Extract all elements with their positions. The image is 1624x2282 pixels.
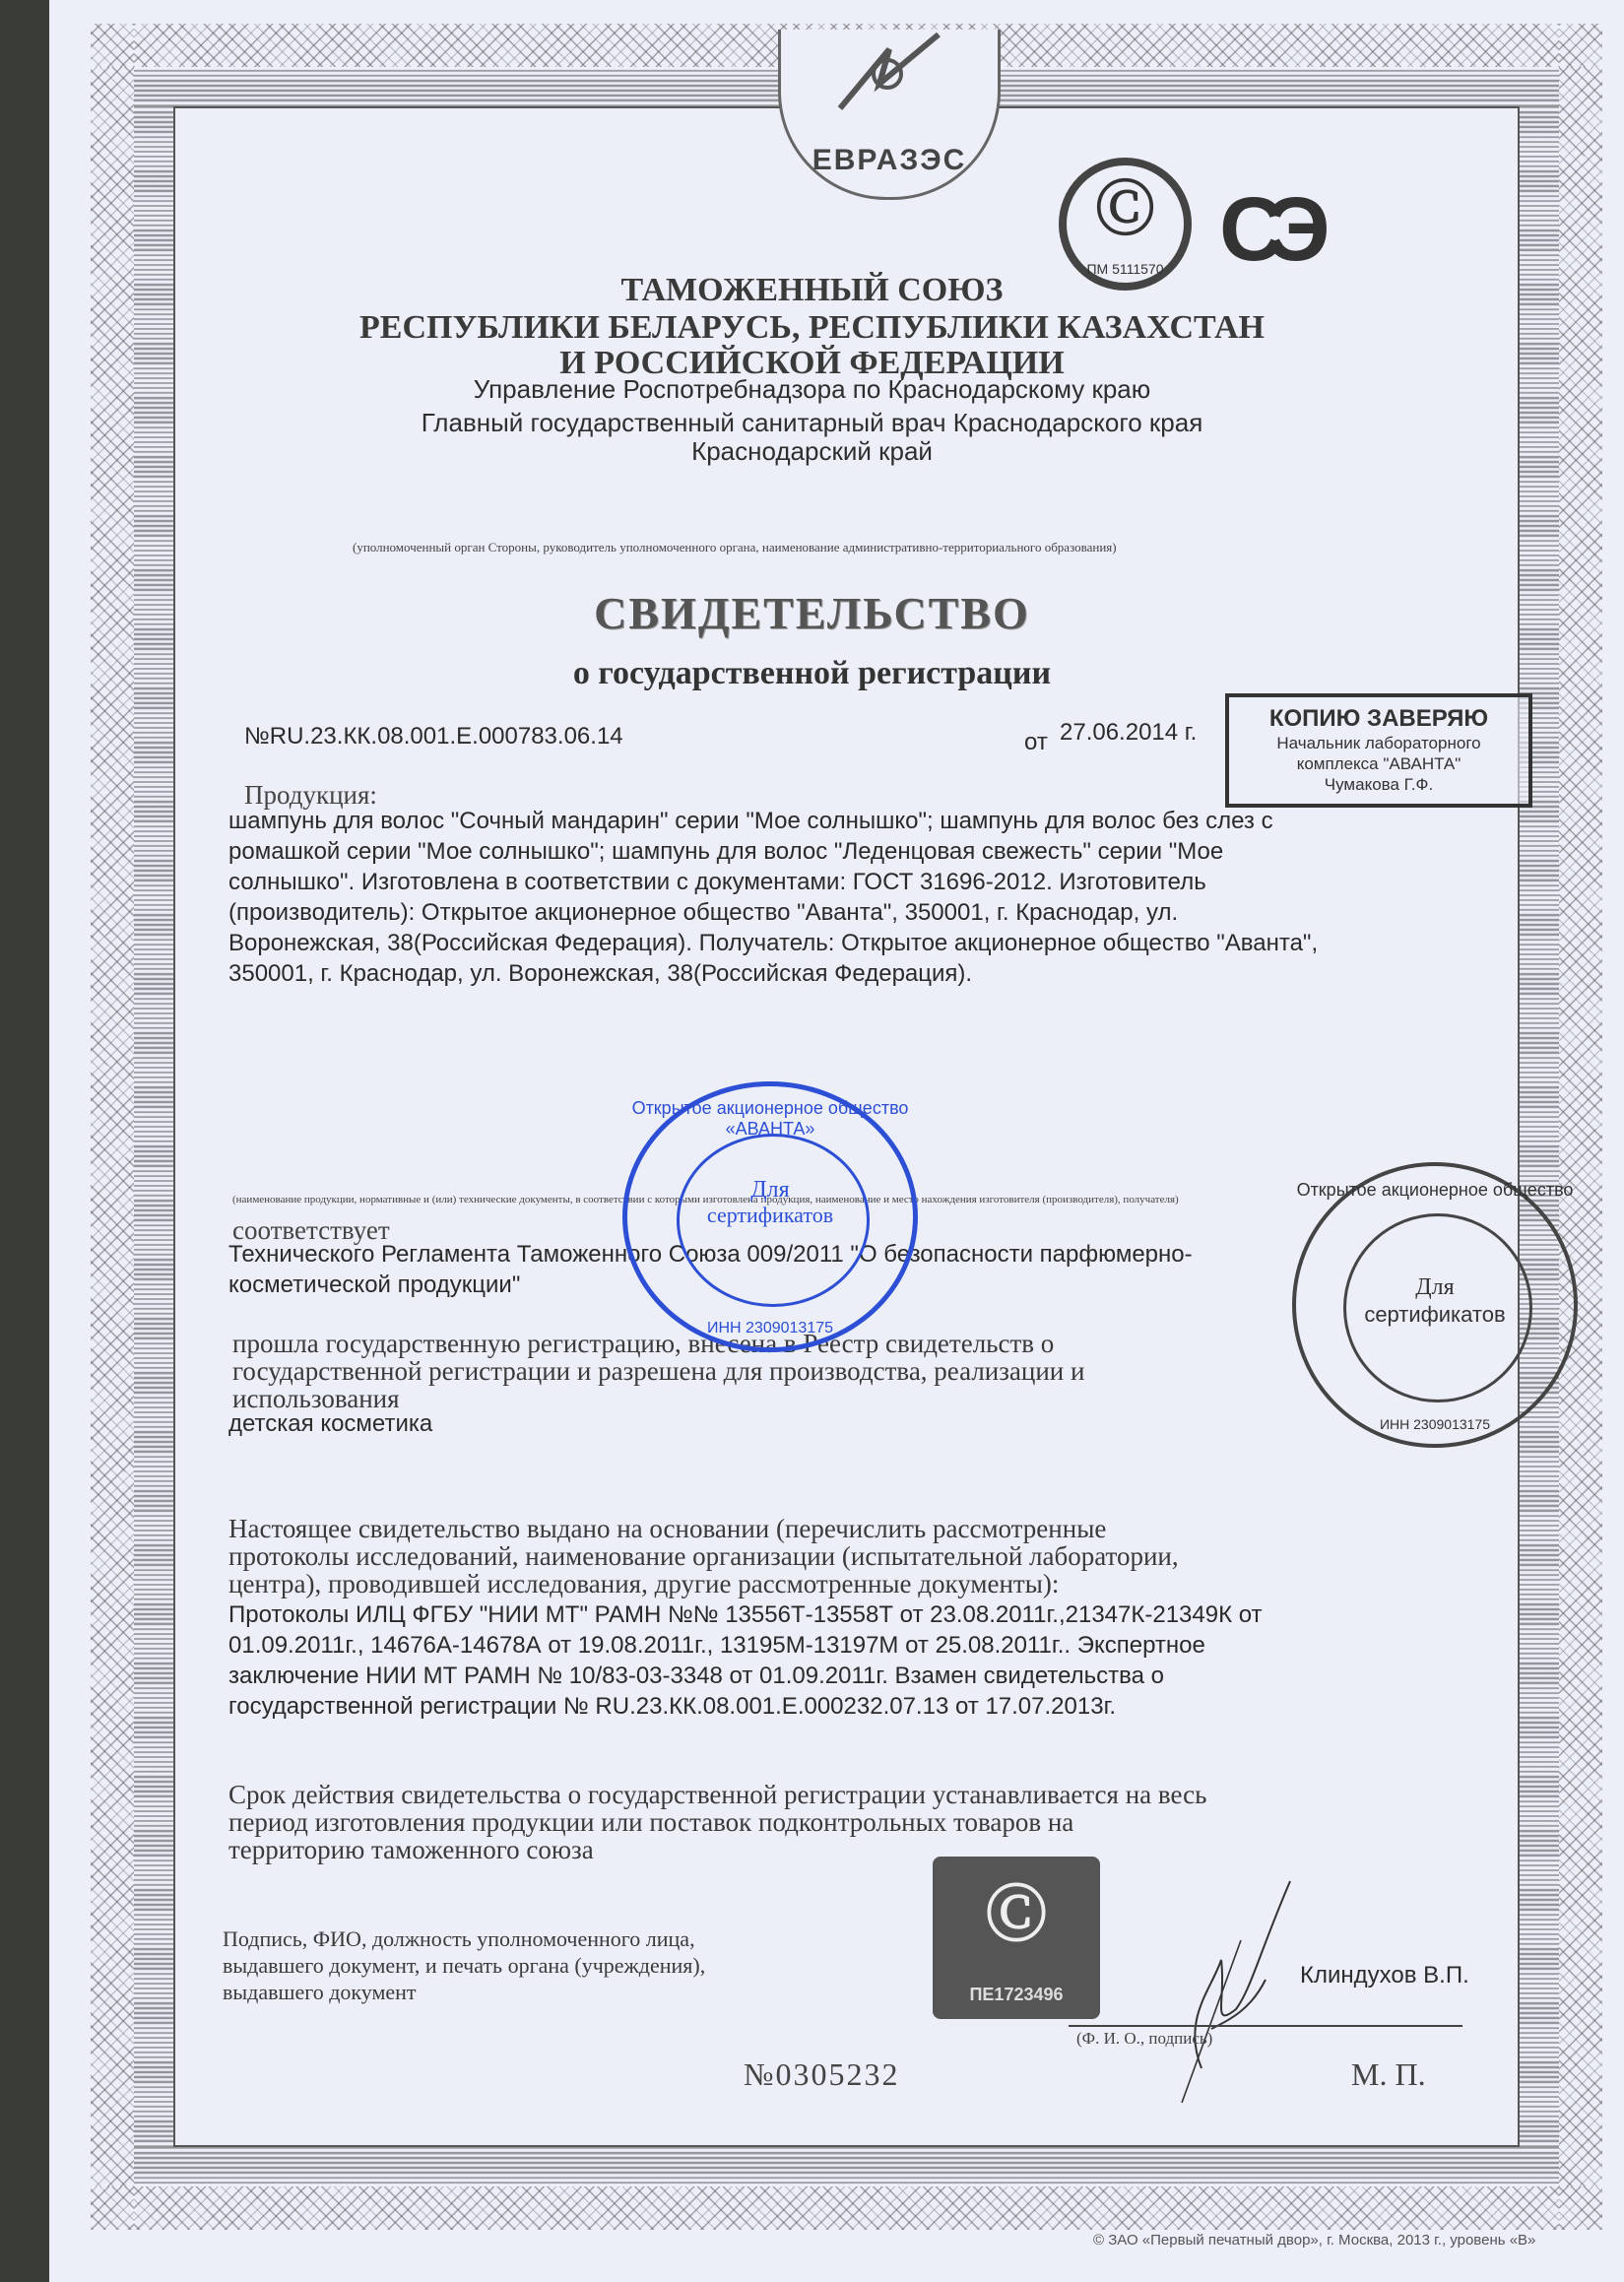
handwritten-signature	[1142, 1871, 1300, 2108]
union-line-2: РЕСПУБЛИКИ БЕЛАРУСЬ, РЕСПУБЛИКИ КАЗАХСТА…	[0, 309, 1624, 347]
product-line: Воронежская, 38(Российская Федерация). П…	[228, 928, 1509, 958]
basis-details: Протоколы ИЛЦ ФГБУ "НИИ МТ" РАМН №№ 1355…	[228, 1599, 1509, 1722]
product-line: ромашкой серии "Мое солнышко"; шампунь д…	[228, 836, 1509, 867]
printer-imprint: © ЗАО «Первый печатный двор», г. Москва,…	[1093, 2232, 1535, 2249]
signature-label: Подпись, ФИО, должность уполномоченного …	[223, 1925, 932, 2005]
certificate-date: 27.06.2014 г.	[1060, 719, 1197, 747]
basis-detail-line: 01.09.2011г., 14676А-14678А от 19.08.201…	[228, 1630, 1509, 1661]
copy-stamp-line-4: Чумакова Г.Ф.	[1229, 774, 1528, 795]
stamp-inn: ИНН 2309013175	[1296, 1416, 1574, 1432]
authority-seal-number: ПЕ1723496	[933, 1985, 1100, 2005]
registration-line: использования	[232, 1385, 1503, 1412]
seal-place-mark: М. П.	[1351, 2056, 1426, 2093]
product-line: 350001, г. Краснодар, ул. Воронежская, 3…	[228, 958, 1509, 989]
conformity-seal: Ⓒ ПМ 5111570	[1059, 158, 1192, 291]
authority-line-1: Управление Роспотребнадзора по Краснодар…	[0, 374, 1624, 405]
validity-line: территорию таможенного союза	[228, 1836, 1509, 1863]
rst-seal-icon: Ⓒ	[1067, 165, 1184, 254]
eurasec-emblem-icon	[781, 30, 998, 144]
rst-seal-icon: Ⓒ	[933, 1857, 1100, 1975]
signature-label-line: выдавшего документ, и печать органа (учр…	[223, 1952, 932, 1979]
stamp-ring-text: Открытое акционерное общество «АВАНТА»	[627, 1098, 913, 1140]
signature-label-line: выдавшего документ	[223, 1979, 932, 2005]
stamp-center-line-2: сертификатов	[627, 1203, 913, 1228]
union-line-1: ТАМОЖЕННЫЙ СОЮЗ	[0, 272, 1624, 309]
validity-line: период изготовления продукции или постав…	[228, 1808, 1509, 1836]
basis-intro-line: центра), проводившей исследования, други…	[228, 1570, 1509, 1597]
product-line: шампунь для волос "Сочный мандарин" сери…	[228, 806, 1509, 836]
stamp-center-line-2: сертификатов	[1296, 1302, 1574, 1328]
document-title: СВИДЕТЕЛЬСТВО	[0, 587, 1624, 639]
copy-stamp-line-2: Начальник лабораторного	[1229, 733, 1528, 753]
product-description: шампунь для волос "Сочный мандарин" сери…	[228, 806, 1509, 989]
copy-stamp-line-3: комплекса "АВАНТА"	[1229, 753, 1528, 774]
date-prefix: от	[1024, 729, 1048, 756]
copy-stamp-line-1: КОПИЮ ЗАВЕРЯЮ	[1229, 705, 1528, 733]
form-number: №0305232	[744, 2056, 900, 2093]
stamp-inn: ИНН 2309013175	[627, 1320, 913, 1337]
validity-line: Срок действия свидетельства о государств…	[228, 1781, 1509, 1808]
stamp-center-line-1: Для	[1296, 1274, 1574, 1301]
certificate-number: №RU.23.КК.08.001.Е.000783.06.14	[244, 723, 623, 750]
product-line: солнышко". Изготовлена в соответствии с …	[228, 867, 1509, 897]
authority-note: (уполномоченный орган Стороны, руководит…	[353, 540, 1117, 555]
stamp-center-line-1: Для	[627, 1177, 913, 1204]
authority-line-3: Краснодарский край	[0, 436, 1624, 467]
basis-intro: Настоящее свидетельство выдано на основа…	[228, 1515, 1509, 1597]
authority-line-2: Главный государственный санитарный врач …	[0, 408, 1624, 438]
signature-line	[1069, 2025, 1462, 2027]
stamp-ring-text: Открытое акционерное общество	[1296, 1180, 1574, 1201]
signature-caption: (Ф. И. О., подпись)	[1076, 2029, 1212, 2049]
validity-statement: Срок действия свидетельства о государств…	[228, 1781, 1509, 1863]
emblem-label: ЕВРАЗЭС	[781, 144, 998, 177]
basis-intro-line: Настоящее свидетельство выдано на основа…	[228, 1515, 1509, 1542]
basis-detail-line: государственной регистрации № RU.23.КК.0…	[228, 1691, 1509, 1722]
signer-name: Клиндухов В.П.	[1300, 1962, 1469, 1989]
product-line: (производитель): Открытое акционерное об…	[228, 897, 1509, 928]
company-stamp-blue: Открытое акционерное общество «АВАНТА» Д…	[622, 1081, 918, 1352]
basis-detail-line: Протоколы ИЛЦ ФГБУ "НИИ МТ" РАМН №№ 1355…	[228, 1599, 1509, 1630]
basis-detail-line: заключение НИИ МТ РАМН № 10/83-03-3348 о…	[228, 1661, 1509, 1691]
se-mark-icon: СЭ	[1219, 185, 1313, 274]
basis-intro-line: протоколы исследований, наименование орг…	[228, 1542, 1509, 1570]
signature-label-line: Подпись, ФИО, должность уполномоченного …	[223, 1925, 932, 1952]
copy-certified-stamp: КОПИЮ ЗАВЕРЯЮ Начальник лабораторного ко…	[1225, 693, 1532, 808]
eurasec-emblem: ЕВРАЗЭС	[778, 30, 1001, 200]
company-stamp-gray: Открытое акционерное общество Для сертиф…	[1292, 1162, 1578, 1448]
usage-field: детская косметика	[228, 1410, 432, 1438]
authority-seal: Ⓒ ПЕ1723496	[933, 1857, 1100, 2019]
document-subtitle: о государственной регистрации	[0, 655, 1624, 692]
